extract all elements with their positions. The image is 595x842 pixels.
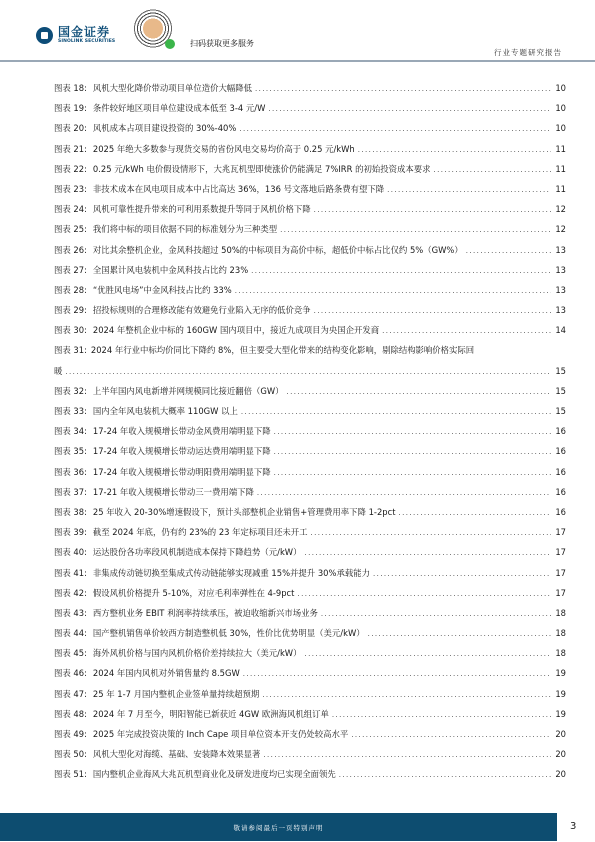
toc-entry-label: 图表 27: <box>54 260 87 280</box>
dot-leader <box>263 745 551 765</box>
logo-mark-icon <box>36 27 53 44</box>
page-footer: 敬请参阅最后一页特别声明 3 <box>0 813 595 842</box>
dot-leader <box>235 281 551 301</box>
toc-entry-page: 16 <box>554 462 566 482</box>
toc-entry[interactable]: 图表 25:我们将中标的项目依据不同的标准划分为三种类型12 <box>54 219 566 239</box>
dot-leader <box>466 241 551 261</box>
toc-entry-label: 图表 44: <box>54 623 87 643</box>
toc-entry-label: 图表 41: <box>54 563 87 583</box>
dot-leader <box>241 402 551 422</box>
toc-entry[interactable]: 图表 42:假设风机价格提升 5-10%，对应毛利率弹性在 4-9pct17 <box>54 583 566 603</box>
wechat-badge-icon <box>165 39 175 49</box>
dot-leader <box>304 644 551 664</box>
dot-leader <box>280 220 551 240</box>
toc-entry-label: 图表 22: <box>54 159 87 179</box>
toc-entry[interactable]: 图表 50:风机大型化对海缆、基础、安装降本效果显著20 <box>54 744 566 764</box>
toc-entry-continuation[interactable]: 暖15 <box>54 361 566 381</box>
dot-leader <box>255 79 551 99</box>
toc-entry[interactable]: 图表 49:2025 年完成投资决策的 Inch Cape 项目单位资本开支仍处… <box>54 724 566 744</box>
dot-leader <box>339 765 551 785</box>
toc-entry[interactable]: 图表 29:招投标规则的合理修改能有效避免行业陷入无序的低价竞争13 <box>54 300 566 320</box>
toc-entry-page: 20 <box>554 724 566 744</box>
toc-entry-title: 全国累计风电装机中金风科技占比约 23% <box>93 260 248 280</box>
toc-entry-title: 风机可靠性提升带来的可利用系数提升等同于风机价格下降 <box>93 199 311 219</box>
dot-leader <box>304 543 551 563</box>
toc-entry[interactable]: 图表 27:全国累计风电装机中金风科技占比约 23%13 <box>54 260 566 280</box>
toc-entry-label: 图表 48: <box>54 704 87 724</box>
toc-entry-page: 11 <box>554 179 566 199</box>
toc-entry-label: 图表 49: <box>54 724 87 744</box>
toc-entry-title: 招投标规则的合理修改能有效避免行业陷入无序的低价竞争 <box>93 300 311 320</box>
toc-entry-page: 13 <box>554 300 566 320</box>
toc-entry-title: 风机大型化对海缆、基础、安装降本效果显著 <box>93 744 261 764</box>
footer-bar: 敬请参阅最后一页特别声明 <box>0 813 557 841</box>
toc-entry-title: 国内整机企业海风大兆瓦机型商业化及研发进度均已实现全面领先 <box>93 764 336 784</box>
toc-entry-page: 16 <box>554 421 566 441</box>
toc-entry[interactable]: 图表 18:风机大型化降价带动项目单位造价大幅降低10 <box>54 78 566 98</box>
toc-entry-label: 图表 51: <box>54 764 87 784</box>
report-type: 行业专题研究报告 <box>494 47 562 58</box>
toc-entry-page: 20 <box>554 764 566 784</box>
toc-entry-title: 2024 年国内风机对外销售量约 8.5GW <box>93 663 240 683</box>
toc-entry[interactable]: 图表 20:风机成本占项目建设投资的 30%-40%10 <box>54 118 566 138</box>
toc-entry-label: 图表 34: <box>54 421 87 441</box>
toc-entry[interactable]: 图表 33:国内全年风电装机大概率 110GW 以上15 <box>54 401 566 421</box>
toc-entry[interactable]: 图表 34:17-24 年收入规模增长带动金风费用端明显下降16 <box>54 421 566 441</box>
toc-entry-label: 图表 29: <box>54 300 87 320</box>
dot-leader <box>387 180 551 200</box>
dot-leader <box>314 301 551 321</box>
toc-entry-label: 图表 24: <box>54 199 87 219</box>
toc-entry-label: 图表 37: <box>54 482 87 502</box>
toc-entry-page: 15 <box>554 361 566 381</box>
logo-name-cn: 国金证券 <box>58 26 115 38</box>
toc-entry-page: 13 <box>554 240 566 260</box>
dot-leader <box>274 422 551 442</box>
dot-leader <box>268 99 551 119</box>
page-header: 国金证券 SINOLINK SECURITIES 扫码获取更多服务 行业专题研究… <box>0 0 595 60</box>
toc-entry-page: 15 <box>554 401 566 421</box>
toc-entry[interactable]: 图表 19:条件较好地区项目单位建设成本低至 3-4 元/W10 <box>54 98 566 118</box>
toc-entry-title: 2024 年行业中标均价同比下降约 8%，但主要受大型化带来的结构变化影响，剔除… <box>91 345 474 355</box>
toc-entry-label: 图表 19: <box>54 98 87 118</box>
toc-entry-label: 图表 47: <box>54 684 87 704</box>
toc-entry-label: 图表 25: <box>54 219 87 239</box>
dot-leader <box>239 119 551 139</box>
footer-disclaimer: 敬请参阅最后一页特别声明 <box>234 823 324 832</box>
logo-name-en: SINOLINK SECURITIES <box>58 40 115 45</box>
toc-entry-page: 19 <box>554 684 566 704</box>
toc-entry-title: “优胜风电场”中金风科技占比约 33% <box>93 280 232 300</box>
toc-entry-title: 0.25 元/kWh 电价假设情形下，大兆瓦机型即使涨价仍能满足 7%IRR 的… <box>93 159 431 179</box>
toc-entry[interactable]: 图表 51:国内整机企业海风大兆瓦机型商业化及研发进度均已实现全面领先20 <box>54 764 566 784</box>
toc-entry-label: 图表 23: <box>54 179 87 199</box>
toc-entry[interactable]: 图表 45:海外风机价格与国内风机价格价差持续拉大（美元/kW）18 <box>54 643 566 663</box>
toc-entry[interactable]: 图表 28:“优胜风电场”中金风科技占比约 33%13 <box>54 280 566 300</box>
toc-entry-label: 图表 40: <box>54 542 87 562</box>
toc-entry-label: 图表 20: <box>54 118 87 138</box>
toc-entry-page: 18 <box>554 603 566 623</box>
dot-leader <box>311 523 551 543</box>
figure-index: 图表 18:风机大型化降价带动项目单位造价大幅降低10图表 19:条件较好地区项… <box>54 78 566 785</box>
toc-entry-page: 18 <box>554 643 566 663</box>
scan-prompt: 扫码获取更多服务 <box>190 38 254 49</box>
toc-entry-label: 图表 50: <box>54 744 87 764</box>
toc-entry-label: 图表 42: <box>54 583 87 603</box>
toc-entry-title-cont: 暖 <box>54 361 62 381</box>
toc-entry-label: 图表 45: <box>54 643 87 663</box>
toc-entry-title: 上半年国内风电新增并网规模同比接近翻倍（GW） <box>93 381 284 401</box>
toc-entry-page: 16 <box>554 482 566 502</box>
toc-entry-title: 运达股份各功率段风机制造成本保持下降趋势（元/kW） <box>93 542 302 562</box>
toc-entry[interactable]: 图表 40:运达股份各功率段风机制造成本保持下降趋势（元/kW）17 <box>54 542 566 562</box>
toc-entry-title: 25 年 1-7 月国内整机企业签单量持续超预期 <box>93 684 259 704</box>
toc-entry-title: 风机大型化降价带动项目单位造价大幅降低 <box>93 78 252 98</box>
dot-leader <box>297 584 551 604</box>
toc-entry-page: 14 <box>554 320 566 340</box>
toc-entry-title: 17-24 年收入规模增长带动明阳费用端明显下降 <box>93 462 271 482</box>
dot-leader <box>373 564 551 584</box>
toc-entry-page: 19 <box>554 663 566 683</box>
toc-entry[interactable]: 图表 46:2024 年国内风机对外销售量约 8.5GW19 <box>54 663 566 683</box>
toc-entry-label: 图表 31: <box>54 345 87 355</box>
toc-entry-page: 13 <box>554 280 566 300</box>
toc-entry-page: 12 <box>554 199 566 219</box>
toc-entry[interactable]: 图表 32:上半年国内风电新增并网规模同比接近翻倍（GW）15 <box>54 381 566 401</box>
dot-leader <box>251 261 551 281</box>
toc-entry-page: 13 <box>554 260 566 280</box>
toc-entry-label: 图表 38: <box>54 502 87 522</box>
toc-entry-label: 图表 43: <box>54 603 87 623</box>
toc-entry-label: 图表 26: <box>54 240 87 260</box>
toc-entry[interactable]: 图表 26:对比其余整机企业，金风科技超过 50%的中标项目为高价中标，超低价中… <box>54 240 566 260</box>
page-number: 3 <box>570 821 576 832</box>
toc-entry-page: 11 <box>554 159 566 179</box>
sinolink-logo: 国金证券 SINOLINK SECURITIES <box>36 26 115 45</box>
dot-leader <box>262 685 551 705</box>
toc-entry-page: 17 <box>554 542 566 562</box>
toc-entry[interactable]: 图表 36:17-24 年收入规模增长带动明阳费用端明显下降16 <box>54 462 566 482</box>
toc-entry[interactable]: 图表 35:17-24 年收入规模增长带动运达费用端明显下降16 <box>54 441 566 461</box>
toc-entry[interactable]: 图表 30:2024 年整机企业中标的 160GW 国内项目中，接近九成项目为央… <box>54 320 566 340</box>
toc-entry[interactable]: 图表 44:国产整机销售单价较西方制造整机低 30%，性价比优势明显（美元/kW… <box>54 623 566 643</box>
toc-entry-page: 12 <box>554 219 566 239</box>
toc-entry[interactable]: 图表 38:25 年收入 20-30%增速假设下，预计头部整机企业销售+管理费用… <box>54 502 566 522</box>
toc-entry[interactable]: 图表 31:2024 年行业中标均价同比下降约 8%，但主要受大型化带来的结构变… <box>54 340 566 360</box>
toc-entry-title: 17-21 年收入规模增长带动三一费用端下降 <box>93 482 254 502</box>
toc-entry-label: 图表 35: <box>54 441 87 461</box>
toc-entry[interactable]: 图表 41:非集成传动链切换至集成式传动链能够实现减重 15%并提升 30%承载… <box>54 563 566 583</box>
toc-entry-page: 19 <box>554 704 566 724</box>
toc-entry-title: 国内全年风电装机大概率 110GW 以上 <box>93 401 238 421</box>
toc-entry-title: 国产整机销售单价较西方制造整机低 30%，性价比优势明显（美元/kW） <box>93 623 365 643</box>
dot-leader <box>321 604 551 624</box>
toc-entry-title: 对比其余整机企业，金风科技超过 50%的中标项目为高价中标，超低价中标占比仅约 … <box>93 240 463 260</box>
dot-leader <box>332 705 551 725</box>
toc-entry-title: 17-24 年收入规模增长带动金风费用端明显下降 <box>93 421 271 441</box>
toc-entry-page: 20 <box>554 744 566 764</box>
dot-leader <box>358 140 551 160</box>
dot-leader <box>65 362 551 382</box>
dot-leader <box>398 503 551 523</box>
toc-entry-title: 条件较好地区项目单位建设成本低至 3-4 元/W <box>93 98 265 118</box>
dot-leader <box>274 442 551 462</box>
toc-entry[interactable]: 图表 48:2024 年 7 月至今，明阳智能已新获近 4GW 欧洲海风机组订单… <box>54 704 566 724</box>
toc-entry-label: 图表 33: <box>54 401 87 421</box>
toc-entry-page: 10 <box>554 98 566 118</box>
toc-entry-page: 16 <box>554 441 566 461</box>
toc-entry-title: 2024 年 7 月至今，明阳智能已新获近 4GW 欧洲海风机组订单 <box>93 704 329 724</box>
dot-leader <box>382 321 551 341</box>
toc-entry[interactable]: 图表 47:25 年 1-7 月国内整机企业签单量持续超预期19 <box>54 684 566 704</box>
dot-leader <box>351 725 551 745</box>
toc-entry-title: 非集成传动链切换至集成式传动链能够实现减重 15%并提升 30%承载能力 <box>93 563 370 583</box>
toc-entry-label: 图表 39: <box>54 522 87 542</box>
toc-entry-title: 25 年收入 20-30%增速假设下，预计头部整机企业销售+管理费用率下降 1-… <box>93 502 396 522</box>
toc-entry-title: 非技术成本在风电项目成本中占比高达 36%，136 号文落地后路条费有望下降 <box>93 179 384 199</box>
toc-entry-label: 图表 18: <box>54 78 87 98</box>
toc-entry-title: 我们将中标的项目依据不同的标准划分为三种类型 <box>93 219 277 239</box>
toc-entry-page: 16 <box>554 502 566 522</box>
toc-entry-page: 11 <box>554 139 566 159</box>
toc-entry-label: 图表 46: <box>54 663 87 683</box>
toc-entry-label: 图表 21: <box>54 139 87 159</box>
toc-entry-page: 10 <box>554 118 566 138</box>
dot-leader <box>274 463 551 483</box>
toc-entry-label: 图表 28: <box>54 280 87 300</box>
toc-entry[interactable]: 图表 24:风机可靠性提升带来的可利用系数提升等同于风机价格下降12 <box>54 199 566 219</box>
dot-leader <box>287 382 551 402</box>
toc-entry-page: 17 <box>554 583 566 603</box>
toc-entry-page: 17 <box>554 522 566 542</box>
toc-entry[interactable]: 图表 22:0.25 元/kWh 电价假设情形下，大兆瓦机型即使涨价仍能满足 7… <box>54 159 566 179</box>
toc-entry-title: 17-24 年收入规模增长带动运达费用端明显下降 <box>93 441 271 461</box>
dot-leader <box>243 664 551 684</box>
toc-entry[interactable]: 图表 37:17-21 年收入规模增长带动三一费用端下降16 <box>54 482 566 502</box>
toc-entry-title: 2025 年绝大多数参与现货交易的省份风电交易均价高于 0.25 元/kWh <box>93 139 355 159</box>
toc-entry-page: 10 <box>554 78 566 98</box>
toc-entry-title: 截至 2024 年底，仍有约 23%的 23 年定标项目还未开工 <box>93 522 308 542</box>
dot-leader <box>314 200 551 220</box>
toc-entry[interactable]: 图表 39:截至 2024 年底，仍有约 23%的 23 年定标项目还未开工17 <box>54 522 566 542</box>
toc-entry-title: 2024 年整机企业中标的 160GW 国内项目中，接近九成项目为央国企开发商 <box>93 320 379 340</box>
toc-entry-label: 图表 32: <box>54 381 87 401</box>
toc-entry[interactable]: 图表 21:2025 年绝大多数参与现货交易的省份风电交易均价高于 0.25 元… <box>54 139 566 159</box>
toc-entry[interactable]: 图表 23:非技术成本在风电项目成本中占比高达 36%，136 号文落地后路条费… <box>54 179 566 199</box>
toc-entry-title: 西方整机业务 EBIT 利润率持续承压，被迫收缩新兴市场业务 <box>93 603 318 623</box>
toc-entry-page: 15 <box>554 381 566 401</box>
toc-entry-title: 风机成本占项目建设投资的 30%-40% <box>93 118 236 138</box>
dot-leader <box>433 160 551 180</box>
header-divider <box>0 60 595 62</box>
toc-entry-label: 图表 30: <box>54 320 87 340</box>
toc-entry-label: 图表 36: <box>54 462 87 482</box>
toc-entry-title: 2025 年完成投资决策的 Inch Cape 项目单位资本开支仍处较高水平 <box>93 724 348 744</box>
toc-entry-title: 海外风机价格与国内风机价格价差持续拉大（美元/kW） <box>93 643 302 663</box>
toc-entry-title: 假设风机价格提升 5-10%，对应毛利率弹性在 4-9pct <box>93 583 295 603</box>
toc-entry[interactable]: 图表 43:西方整机业务 EBIT 利润率持续承压，被迫收缩新兴市场业务18 <box>54 603 566 623</box>
toc-entry-page: 18 <box>554 623 566 643</box>
dot-leader <box>257 483 551 503</box>
toc-entry-page: 17 <box>554 563 566 583</box>
dot-leader <box>368 624 551 644</box>
